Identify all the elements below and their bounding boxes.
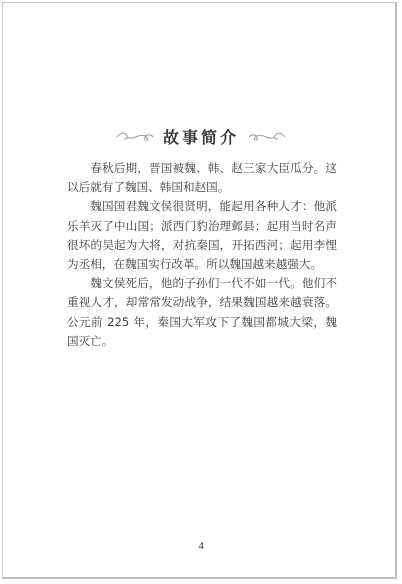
paragraph-2: 魏国国君魏文侯很贤明，能起用各种人才：他派乐羊灭了中山国；派西门豹治理邺县；起用… — [67, 197, 337, 274]
page-number: 4 — [0, 540, 402, 552]
paragraph-3: 魏文侯死后，他的子孙们一代不如一代。他们不重视人才，却常常发动战争，结果魏国越来… — [67, 274, 337, 351]
paragraph-1: 春秋后期，晋国被魏、韩、赵三家大臣瓜分。这以后就有了魏国、韩国和赵国。 — [67, 159, 337, 197]
right-flourish-icon — [247, 130, 287, 144]
left-flourish-icon — [115, 130, 155, 144]
section-title: 故事简介 — [163, 125, 239, 148]
story-summary: 春秋后期，晋国被魏、韩、赵三家大臣瓜分。这以后就有了魏国、韩国和赵国。 魏国国君… — [67, 159, 337, 351]
section-heading: 故事简介 — [0, 125, 402, 148]
